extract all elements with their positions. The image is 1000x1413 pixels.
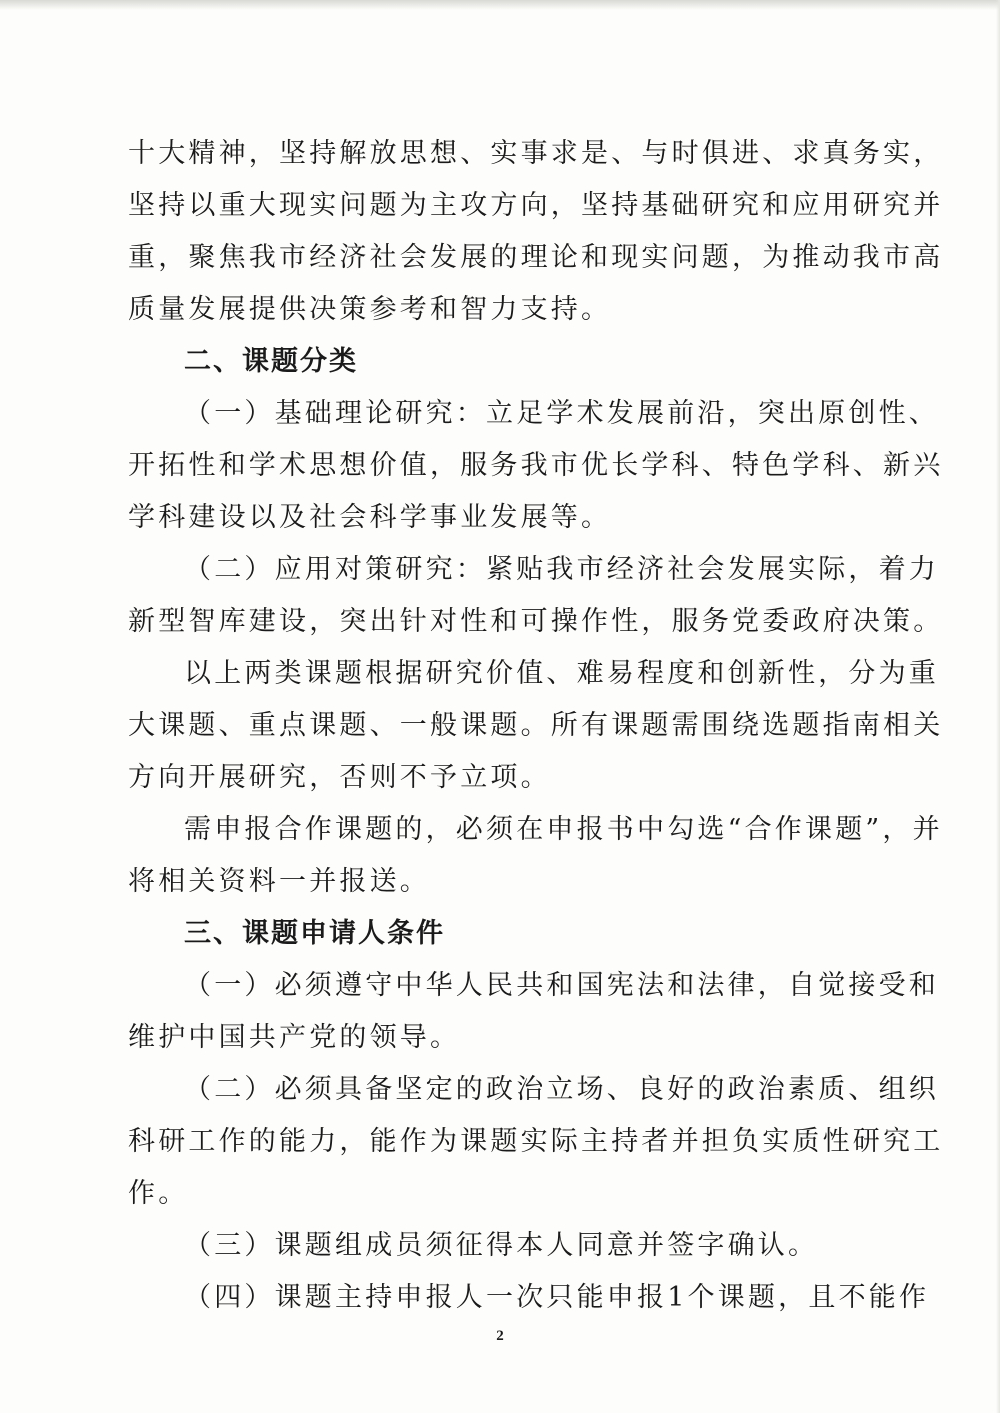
text-line: （一）必须遵守中华人民共和国宪法和法律，自觉接受和 bbox=[184, 960, 868, 1012]
text-line: 重，聚焦我市经济社会发展的理论和现实问题，为推动我市高 bbox=[128, 232, 868, 284]
text-line: （一）基础理论研究：立足学术发展前沿，突出原创性、 bbox=[184, 388, 868, 440]
text-line: （二）必须具备坚定的政治立场、良好的政治素质、组织 bbox=[184, 1064, 868, 1116]
text-line: 新型智库建设，突出针对性和可操作性，服务党委政府决策。 bbox=[128, 596, 868, 648]
text-line: 作。 bbox=[128, 1168, 868, 1220]
text-line: 需申报合作课题的，必须在申报书中勾选“合作课题”，并 bbox=[184, 804, 868, 856]
text-line: 维护中国共产党的领导。 bbox=[128, 1012, 868, 1064]
text-line: 大课题、重点课题、一般课题。所有课题需围绕选题指南相关 bbox=[128, 700, 868, 752]
text-line: 将相关资料一并报送。 bbox=[128, 856, 868, 908]
text-line: （二）应用对策研究：紧贴我市经济社会发展实际，着力 bbox=[184, 544, 868, 596]
text-line: 坚持以重大现实问题为主攻方向，坚持基础研究和应用研究并 bbox=[128, 180, 868, 232]
text-line: （四）课题主持申报人一次只能申报1个课题，且不能作 bbox=[184, 1272, 868, 1324]
text-line: 方向开展研究，否则不予立项。 bbox=[128, 752, 868, 804]
scan-right-edge bbox=[996, 0, 1000, 1413]
section-heading-3: 三、课题申请人条件 bbox=[184, 908, 868, 960]
text-line: 十大精神，坚持解放思想、实事求是、与时俱进、求真务实， bbox=[128, 128, 868, 180]
text-line: 学科建设以及社会科学事业发展等。 bbox=[128, 492, 868, 544]
text-line: 开拓性和学术思想价值，服务我市优长学科、特色学科、新兴 bbox=[128, 440, 868, 492]
section-heading-2: 二、课题分类 bbox=[184, 336, 868, 388]
text-line: （三）课题组成员须征得本人同意并签字确认。 bbox=[184, 1220, 868, 1272]
page-number: 2 bbox=[0, 1328, 1000, 1345]
text-line: 以上两类课题根据研究价值、难易程度和创新性，分为重 bbox=[184, 648, 868, 700]
scan-top-shadow bbox=[0, 0, 1000, 10]
text-line: 科研工作的能力，能作为课题实际主持者并担负实质性研究工 bbox=[128, 1116, 868, 1168]
text-line: 质量发展提供决策参考和智力支持。 bbox=[128, 284, 868, 336]
